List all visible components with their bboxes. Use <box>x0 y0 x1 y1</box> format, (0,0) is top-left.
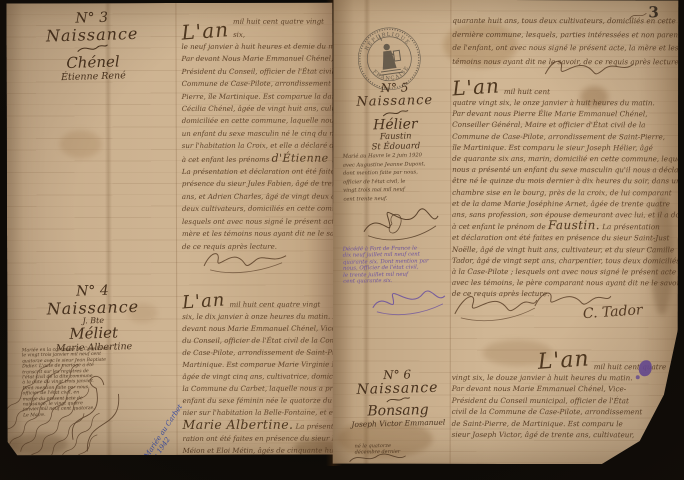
text-line: Président du Conseil municipal, officier… <box>452 395 674 407</box>
text-line: Commune de Case-Pilote, arrondissement d… <box>182 78 332 91</box>
act-3-child-name: d'Étienne René. <box>272 151 334 164</box>
text-line: quatre vingt six, le onze janvier à huit… <box>452 97 674 109</box>
text-line: cent quarante six. <box>343 277 455 285</box>
text-line: de l'enfant, ont avec nous signé le prés… <box>452 41 674 55</box>
act-5-signature-1 <box>453 290 539 324</box>
page-right: 3 quarante huit ans, tous deux cultivate… <box>333 0 679 464</box>
act-3-opening-rest: mil huit cent quatre vingt six, <box>233 16 331 41</box>
act-5-name-prefix: à cet enfant le prénom de <box>452 222 546 231</box>
act-4-name-suffix: La présentation et décla- <box>296 422 334 430</box>
act-3-name-prefix: à cet enfant les prénoms <box>182 155 270 163</box>
act-5-signature-tador: C. Tador <box>582 302 643 322</box>
text-line: nous a présenté un enfant du sexe mascul… <box>452 164 674 176</box>
act-5-child-name: Faustin. <box>548 218 600 232</box>
act-4-lines-after: ration ont été faites en présence du sie… <box>183 433 333 456</box>
act-6-body: L'an mil huit cent quatre vingt six, le … <box>452 346 674 441</box>
act-5-body: L'an mil huit cent quatre vingt six, le … <box>452 78 674 300</box>
act-3-body: L'an mil huit cent quatre vingt six, le … <box>181 19 332 253</box>
text-line: six, le dix janvier à onze heures du mat… <box>182 311 332 323</box>
act-4-opening-line: L'an mil huit cent quatre vingt <box>182 291 332 311</box>
act-3-margin-heading: N° 3 Naissance Chénel Étienne René <box>11 8 175 85</box>
text-line: ration ont été faites en présence du sie… <box>183 433 333 445</box>
act-4-opening-word: L'an <box>182 291 226 312</box>
text-line: Par devant nous Pierre Élie Marie Emmanu… <box>452 108 674 120</box>
text-line: Martinique. Est comparue Marie Virginie … <box>182 359 332 371</box>
act-5-type: Naissance <box>342 94 448 111</box>
text-line: Par devant Nous Marie Emmanuel Chénel, V… <box>182 53 332 66</box>
text-line: Conseiller Général, Maire et officier d'… <box>452 119 674 131</box>
act-6-given-names: Joseph Victor Emmanuel <box>342 417 454 429</box>
text-line: Méion et Eloi Métin, âgés de cinquante h… <box>183 445 333 456</box>
text-line: ans, et Adrien Charles, âgé de vingt deu… <box>182 190 332 203</box>
act-6-margin-signature <box>348 452 408 465</box>
act-5-opening-line: L'an mil huit cent <box>452 78 674 97</box>
act-5-margin-heading: N° 5 Naissance Hélier Faustin St Édouard <box>341 81 449 154</box>
text-line: chambre sise en le bourg, près de la cro… <box>452 187 674 199</box>
text-line: devant nous Marie Emmanuel Chénel, Vice-… <box>182 323 332 335</box>
text-line: Tador, âgé de vingt sept ans, charpentie… <box>452 255 674 267</box>
act-5-purple-signature <box>369 286 449 320</box>
act-6-type: Naissance <box>341 380 453 397</box>
act-5-opening-word: L'an <box>452 75 501 98</box>
marginal-scribbles <box>6 359 142 455</box>
text-line: être né le quinze du mois dernier à dix … <box>452 175 674 187</box>
act-4-margin-heading: N° 4 Naissance J. Bte Méliet Marie Alber… <box>11 281 175 356</box>
text-line: île Martinique. Est comparu le sieur Jos… <box>452 142 674 154</box>
scanned-register-spread: N° 3 Naissance Chénel Étienne René L'an … <box>0 0 684 480</box>
act-5-lines-before: quatre vingt six, le onze janvier à huit… <box>452 97 674 221</box>
text-line: et déclaration ont été faites en présenc… <box>452 232 674 244</box>
text-line: lesquels ont avec nous signé le présent … <box>182 215 332 228</box>
act-5-name-suffix: La présentation <box>602 222 660 231</box>
act-6-opening-rest: mil huit cent quatre <box>594 361 667 373</box>
act-5-margin-signature <box>358 206 442 244</box>
text-line: la Commune du Carbet, laquelle nous a pr… <box>182 383 332 395</box>
text-line: présence du sieur Jules Fabien, âgé de t… <box>182 178 332 191</box>
text-line: Cécilia Chénel, âgée de vingt huit ans, … <box>182 103 332 116</box>
act-6-opening-line: L'an mil huit cent quatre <box>538 346 674 372</box>
paper-stain <box>60 130 102 158</box>
text-line: dernière commune, lesquels, parties inté… <box>452 27 674 41</box>
text-line: enfant du sexe féminin née le quatorze d… <box>182 395 332 407</box>
page-left: N° 3 Naissance Chénel Étienne René L'an … <box>6 3 333 456</box>
act-4-name-line: Marie Albertine. La présentation et décl… <box>182 419 332 433</box>
act-3-lines-after: La présentation et déclaration ont été f… <box>182 166 332 253</box>
act-3-signature <box>202 248 290 274</box>
act-5-name-line: à cet enfant le prénom de Faustin. La pr… <box>452 220 674 233</box>
text-line: de Case-Pilote, arrondissement de Saint-… <box>182 347 332 359</box>
text-line: civil de la Commune de Case-Pilote, arro… <box>452 406 674 418</box>
text-line: deux cultivateurs, domiciliés en cette c… <box>182 203 332 216</box>
text-line: quarante huit ans, tous deux cultivateur… <box>452 14 674 28</box>
act-3-lines-before: le neuf janvier à huit heures et demie d… <box>182 41 332 153</box>
text-line: sieur Joseph Victor, âgé de trente ans, … <box>452 429 674 441</box>
text-line: cent trente neuf. <box>343 194 451 204</box>
act-6-lines: vingt six, le douze janvier à huit heure… <box>452 372 674 441</box>
act-5-opening-rest: mil huit cent <box>504 86 550 97</box>
text-line: Noëlle, âgé de vingt huit ans, cultivate… <box>452 244 674 256</box>
act-3-opening-word: L'an <box>181 19 230 42</box>
act-5-marginal-mention-marriage: Marié au Havre le 2 juin 1920avec August… <box>343 151 452 204</box>
text-line: de quarante six ans, marin, domicilié en… <box>452 153 674 165</box>
margin-rule <box>175 3 177 455</box>
text-line: du Conseil, officier de l'État civil de … <box>182 335 332 347</box>
act-4-child-name: Marie Albertine. <box>182 417 293 432</box>
act-3-name-line: à cet enfant les prénoms d'Étienne René. <box>182 152 332 166</box>
text-line: mère et les témoins nous ayant dit ne le… <box>182 228 332 241</box>
text-line: domiciliée en cette commune, laquelle no… <box>182 115 332 128</box>
text-line: Pierre, île Martinique. Est comparue la … <box>182 90 332 103</box>
text-line: à la Case-Pilote ; lesquels ont avec nou… <box>452 266 674 278</box>
act-3-type: Naissance <box>11 24 173 46</box>
act-6-margin-heading: N° 6 Naissance Bonsang Joseph Victor Emm… <box>341 367 454 429</box>
act-6-opening-word: L'an <box>537 348 590 373</box>
text-line: et de la dame Marie Joséphine Arnet, âgé… <box>452 198 674 210</box>
act-4-body: L'an mil huit cent quatre vingt six, le … <box>182 291 332 456</box>
text-line: La présentation et déclaration ont été f… <box>182 166 332 179</box>
text-line: Commune de Case-Pilote, arrondissement d… <box>452 131 674 143</box>
text-line: Par devant nous Marie Emmanuel Chénel, V… <box>452 383 674 395</box>
text-line: Président du Conseil, officier de l'État… <box>182 65 332 78</box>
text-line: de Saint-Pierre, de Martinique. Est comp… <box>452 418 674 430</box>
act-4-lines-before: six, le dix janvier à onze heures du mat… <box>182 311 332 419</box>
text-line: âgée de vingt cinq ans, cultivatrice, do… <box>182 371 332 383</box>
act-4-opening-rest: mil huit cent quatre vingt <box>229 299 320 311</box>
purple-ink-dot <box>636 375 640 379</box>
act-3-opening-line: L'an mil huit cent quatre vingt six, <box>181 19 331 41</box>
text-line: un enfant du sexe masculin né le cinq du… <box>182 127 332 140</box>
act-5-marginal-mention-death: Décédé à Fort de France ledix neuf juill… <box>343 245 456 285</box>
